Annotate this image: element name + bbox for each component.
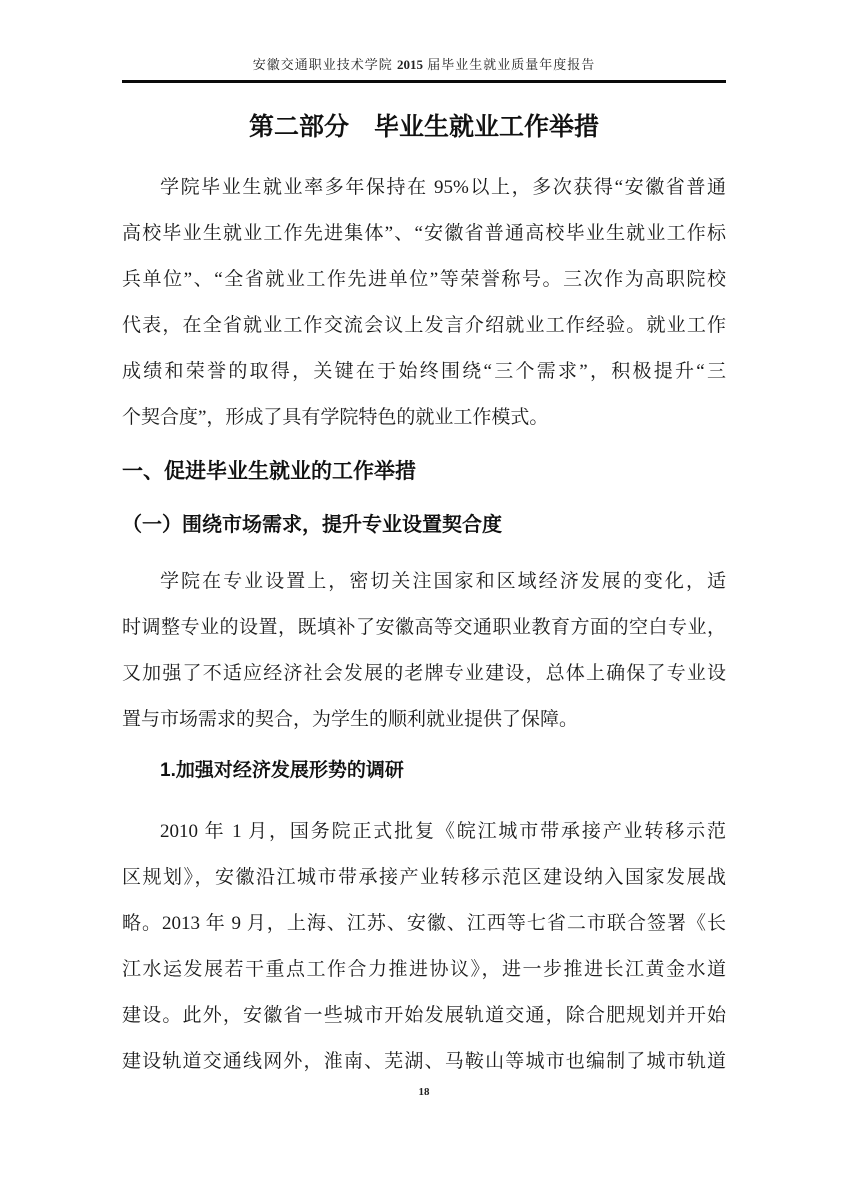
paragraph-overview: 学院毕业生就业率多年保持在 95%以上，多次获得“安徽省普通高校毕业生就业工作先…: [122, 165, 726, 441]
page-header: 安徽交通职业技术学院 2015 届毕业生就业质量年度报告: [122, 0, 726, 83]
header-text-suffix: 届毕业生就业质量年度报告: [423, 57, 595, 72]
header-year: 2015: [397, 57, 423, 72]
heading-level2: （一）围绕市场需求，提升专业设置契合度: [122, 511, 726, 539]
text-line: 时调整专业的设置，既填补了安徽高等交通职业教育方面的空白专业，: [122, 605, 726, 651]
text-line: 建设轨道交通线网外，淮南、芜湖、马鞍山等城市也编制了城市轨道: [122, 1039, 726, 1085]
text-line: 兵单位”、“全省就业工作先进单位”等荣誉称号。三次作为高职院校: [122, 257, 726, 303]
text-line: 江水运发展若干重点工作合力推进协议》，进一步推进长江黄金水道: [122, 947, 726, 993]
text-line: 又加强了不适应经济社会发展的老牌专业建设，总体上确保了专业设: [122, 651, 726, 697]
heading-level1: 一、促进毕业生就业的工作举措: [122, 457, 726, 487]
text-line: 学院毕业生就业率多年保持在 95%以上，多次获得“安徽省普通: [122, 165, 726, 211]
heading-level3: 1.加强对经济发展形势的调研: [160, 757, 726, 785]
paragraph-major-setup: 学院在专业设置上，密切关注国家和区域经济发展的变化，适时调整专业的设置，既填补了…: [122, 559, 726, 743]
text-line: 成绩和荣誉的取得，关键在于始终围绕“三个需求”，积极提升“三: [122, 349, 726, 395]
text-line: 个契合度”，形成了具有学院特色的就业工作模式。: [122, 395, 726, 441]
paragraph-economy-research: 2010 年 1 月，国务院正式批复《皖江城市带承接产业转移示范区规划》，安徽沿…: [122, 809, 726, 1085]
text-line: 建设。此外，安徽省一些城市开始发展轨道交通，除合肥规划并开始: [122, 993, 726, 1039]
text-line: 学院在专业设置上，密切关注国家和区域经济发展的变化，适: [122, 559, 726, 605]
page-body: 学院毕业生就业率多年保持在 95%以上，多次获得“安徽省普通高校毕业生就业工作先…: [122, 165, 726, 1085]
document-page: 安徽交通职业技术学院 2015 届毕业生就业质量年度报告 第二部分 毕业生就业工…: [0, 0, 848, 1200]
text-line: 代表，在全省就业工作交流会议上发言介绍就业工作经验。就业工作: [122, 303, 726, 349]
text-line: 置与市场需求的契合，为学生的顺利就业提供了保障。: [122, 697, 726, 743]
text-line: 2010 年 1 月，国务院正式批复《皖江城市带承接产业转移示范: [122, 809, 726, 855]
page-number: 18: [0, 1086, 848, 1098]
text-line: 高校毕业生就业工作先进集体”、“安徽省普通高校毕业生就业工作标: [122, 211, 726, 257]
text-line: 区规划》，安徽沿江城市带承接产业转移示范区建设纳入国家发展战: [122, 855, 726, 901]
header-text-prefix: 安徽交通职业技术学院: [253, 57, 397, 72]
section-title: 第二部分 毕业生就业工作举措: [122, 109, 726, 145]
text-line: 略。2013 年 9 月，上海、江苏、安徽、江西等七省二市联合签署《长: [122, 901, 726, 947]
